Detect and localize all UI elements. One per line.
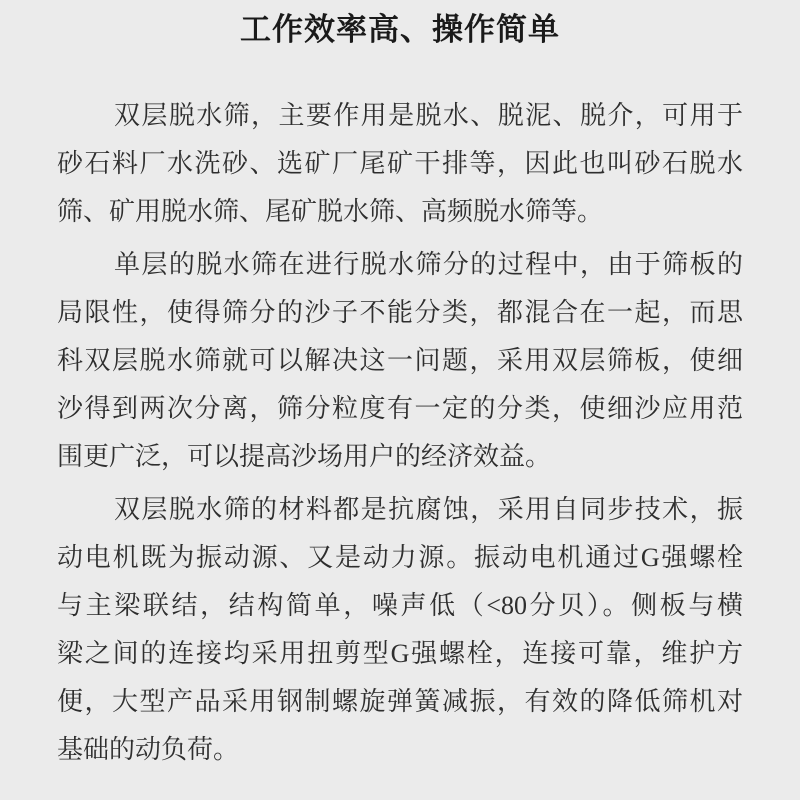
text-line: 单层的脱水筛在进行脱水筛分的过程中，由于筛板的 [57, 241, 743, 289]
text-line: 双层脱水筛，主要作用是脱水、脱泥、脱介，可用于 [57, 92, 743, 140]
body-text: 双层脱水筛，主要作用是脱水、脱泥、脱介，可用于砂石料厂水洗砂、选矿厂尾矿干排等，… [57, 92, 743, 774]
text-line: 筛、矿用脱水筛、尾矿脱水筛、高频脱水筛等。 [57, 188, 743, 236]
paragraph: 双层脱水筛的材料都是抗腐蚀，采用自同步技术，振动电机既为振动源、又是动力源。振动… [57, 486, 743, 774]
text-line: 梁之间的连接均采用扭剪型G强螺栓，连接可靠，维护方 [57, 630, 743, 678]
text-line: 动电机既为振动源、又是动力源。振动电机通过G强螺栓 [57, 534, 743, 582]
text-line: 双层脱水筛的材料都是抗腐蚀，采用自同步技术，振 [57, 486, 743, 534]
paragraph: 单层的脱水筛在进行脱水筛分的过程中，由于筛板的局限性，使得筛分的沙子不能分类，都… [57, 241, 743, 481]
text-line: 与主梁联结，结构简单，噪声低（<80分贝）。侧板与横 [57, 582, 743, 630]
page-title: 工作效率高、操作简单 [57, 10, 743, 50]
text-line: 基础的动负荷。 [57, 726, 743, 774]
page-root: 工作效率高、操作简单 双层脱水筛，主要作用是脱水、脱泥、脱介，可用于砂石料厂水洗… [0, 0, 800, 800]
text-line: 科双层脱水筛就可以解决这一问题，采用双层筛板，使细 [57, 337, 743, 385]
text-line: 砂石料厂水洗砂、选矿厂尾矿干排等，因此也叫砂石脱水 [57, 140, 743, 188]
text-line: 便，大型产品采用钢制螺旋弹簧减振，有效的降低筛机对 [57, 678, 743, 726]
text-line: 围更广泛，可以提高沙场用户的经济效益。 [57, 433, 743, 481]
text-line: 局限性，使得筛分的沙子不能分类，都混合在一起，而思 [57, 289, 743, 337]
text-line: 沙得到两次分离，筛分粒度有一定的分类，使细沙应用范 [57, 385, 743, 433]
paragraph: 双层脱水筛，主要作用是脱水、脱泥、脱介，可用于砂石料厂水洗砂、选矿厂尾矿干排等，… [57, 92, 743, 236]
